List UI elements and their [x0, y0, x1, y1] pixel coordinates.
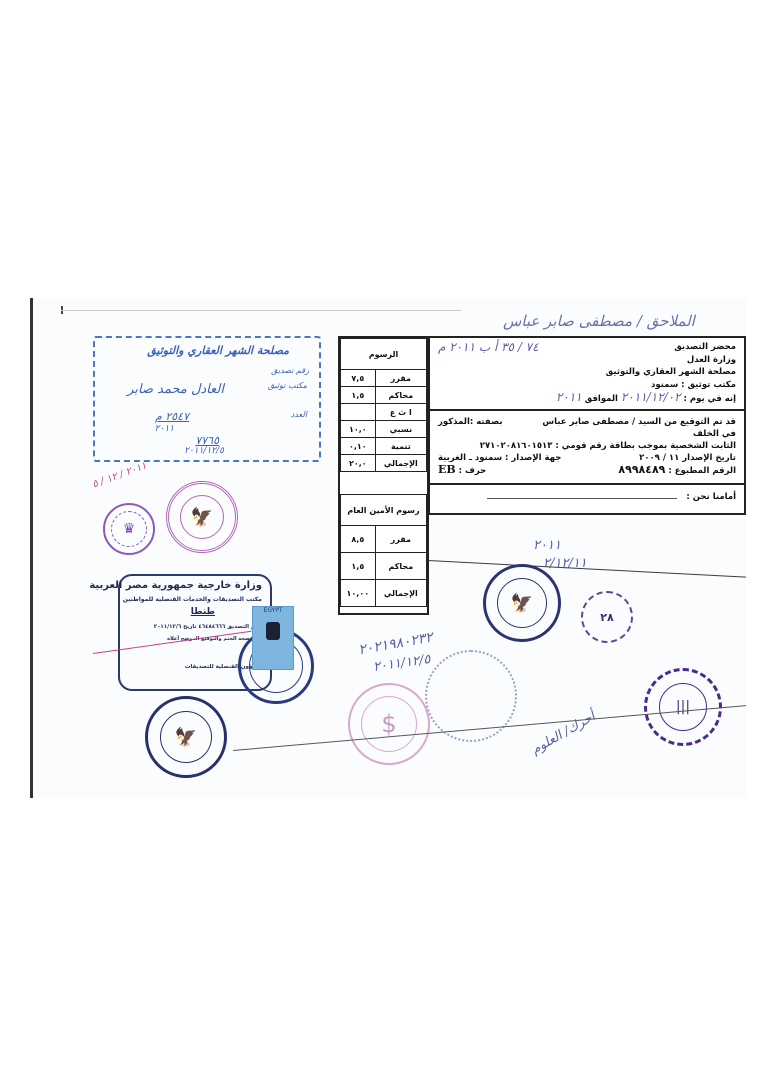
- authority-name: مصلحة الشهر العقاري والتوثيق: [438, 366, 736, 379]
- ministry-stamp-title: وزارة خارجية جمهورية مصر العربية: [89, 580, 262, 591]
- blue-stamp-line3: العدد: [291, 410, 307, 419]
- partial-purple-seal: ٢٨: [581, 591, 633, 643]
- office-value: سمنود: [651, 380, 678, 390]
- eagle-icon: 🦅: [497, 578, 547, 628]
- fee-value: ٠,١٠: [341, 438, 376, 455]
- date-label: إنه في يوم :: [684, 394, 736, 404]
- general-fee-row: مقرر٨,٥: [341, 526, 427, 553]
- fee-value: ٧,٥: [341, 370, 376, 387]
- bottom-eagle-seal: 🦅: [145, 696, 227, 778]
- seal-emblem-icon: ♛: [111, 511, 147, 547]
- real-estate-registry-stamp: مصلحة الشهر العقاري والتوثيق رقم تصديق م…: [93, 336, 321, 462]
- general-fee-row: الإجمالي١٠,٠٠: [341, 580, 427, 607]
- blue-stamp-receipt-date: ٢٠١١/١٢/٥: [184, 446, 224, 456]
- fee-value: ١٠,٠: [341, 421, 376, 438]
- fees-title: الرسوم: [341, 339, 427, 370]
- corresponding-label: الموافق: [585, 394, 618, 404]
- id-number: ٢٧١٠٢٠٨١٦٠١٥١٣: [480, 441, 553, 451]
- fee-label: تنمية: [375, 438, 426, 455]
- fee-value: ١٠,٠٠: [341, 580, 376, 607]
- pink-seal: $: [348, 683, 430, 765]
- blue-stamp-title: مصلحة الشهر العقاري والتوثيق: [147, 344, 289, 357]
- scan-top-line: [61, 310, 461, 311]
- fee-row: ا ث ع: [341, 404, 427, 421]
- fee-row: مقرر٧,٥: [341, 370, 427, 387]
- fee-row: تنمية٠,١٠: [341, 438, 427, 455]
- notarization-form: محضر التصديق٧٤ / ٣٥ أ ب ٢٠١١ م وزارة الع…: [428, 336, 746, 515]
- revenue-stamp: EGYPT: [252, 606, 294, 670]
- fee-label: مقرر: [375, 370, 426, 387]
- eagle-icon: 🦅: [160, 711, 212, 763]
- fee-value: ٨,٥: [341, 526, 376, 553]
- eagle-icon: [266, 622, 280, 640]
- handwritten-date-2: ٢٠١١/١٢/٥: [372, 652, 431, 675]
- fee-value: ١,٥: [341, 553, 376, 580]
- handwritten-bottom-right: أحرك/ العلوم: [529, 709, 598, 757]
- blue-stamp-line1: رقم تصديق: [271, 366, 309, 375]
- seal-text-icon: |||: [659, 683, 707, 731]
- capacity-value: المذكور: [438, 417, 470, 427]
- fee-label: محاكم: [375, 387, 426, 404]
- ministry-stamp-subtitle: مكتب التصديقات والخدمات القنصلية للمواطن…: [123, 596, 262, 603]
- fee-label: محاكم: [375, 553, 426, 580]
- letter-value: EB: [438, 463, 456, 476]
- blue-stamp-handwritten-name: العادل محمد صابر: [127, 382, 224, 397]
- blue-stamp-year: ٢٠١١: [155, 424, 174, 434]
- dollar-emblem-icon: $: [361, 696, 417, 752]
- fee-label: ا ث ع: [375, 404, 426, 421]
- form-identity-section: قد تم التوقيع من السيد / مصطفى صابر عباس…: [430, 413, 744, 485]
- form-title: محضر التصديق: [674, 341, 736, 354]
- printed-no-value: ٨٩٩٨٤٨٩: [618, 463, 665, 476]
- handwritten-year-mid: ٢٠١١: [533, 538, 561, 553]
- corresponding-value: ٢٠١١: [556, 390, 582, 404]
- fee-label: مقرر: [375, 526, 426, 553]
- eagle-icon: 🦅: [180, 495, 224, 539]
- fee-label: الإجمالي: [375, 580, 426, 607]
- before-us-label: أمامنا نحن :: [686, 492, 736, 502]
- printed-no-label: الرقم المطبوع :: [668, 466, 736, 476]
- pen-stroke: [428, 560, 746, 578]
- fee-value: ٢٠,٠: [341, 455, 376, 472]
- office-label: مكتب توثيق :: [681, 380, 736, 390]
- fee-value: ١,٥: [341, 387, 376, 404]
- fee-label: نسبي: [375, 421, 426, 438]
- navy-eagle-seal: 🦅: [483, 564, 561, 642]
- purple-eagle-seal: 🦅: [166, 481, 238, 553]
- issue-date-value: ١١ / ٢٠٠٩: [639, 453, 679, 463]
- scanned-document: الملاحق / مصطفى صابر عباس مصلحة الشهر ال…: [30, 298, 746, 798]
- header-handwriting: الملاحق / مصطفى صابر عباس: [503, 312, 695, 330]
- ministry-name: وزارة العدل: [438, 354, 736, 367]
- blue-stamp-line2: مكتب توثيق: [268, 381, 307, 390]
- fee-row: الإجمالي٢٠,٠: [341, 455, 427, 472]
- ministry-stamp-line1: رقم التصديق ٤٦٤٨٤٦٦٦ تاريخ ٢٠١١/١٢/٦: [154, 624, 262, 630]
- fee-value: [341, 404, 376, 421]
- form-header-section: محضر التصديق٧٤ / ٣٥ أ ب ٢٠١١ م وزارة الع…: [430, 338, 744, 411]
- general-fees-title: رسوم الأمين العام: [341, 495, 427, 526]
- id-label: الثابت الشخصية بموجب بطاقة رقم قومي :: [555, 441, 736, 451]
- witness-signature: [487, 498, 677, 499]
- date-value: ٢٠١١/١٢/٠٢: [621, 390, 681, 404]
- purple-round-seal: |||: [644, 668, 722, 746]
- revenue-stamp-label: EGYPT: [263, 607, 282, 614]
- fee-row: نسبي١٠,٠: [341, 421, 427, 438]
- signature-line: قد تم التوقيع من السيد / مصطفى صابر عباس: [542, 416, 736, 428]
- form-witness-section: أمامنا نحن :: [430, 487, 744, 513]
- fee-row: محاكم١,٥: [341, 387, 427, 404]
- letter-label: حرف :: [459, 466, 487, 476]
- handwritten-left-date: ٢٠١١ / ١٢ / ٥: [91, 461, 148, 491]
- blue-stamp-handwritten-number: ٢٥٤٧ م: [155, 410, 189, 423]
- on-back-note: في الخلف: [438, 428, 736, 440]
- general-fee-row: محاكم١,٥: [341, 553, 427, 580]
- capacity-label: بصفته :: [470, 417, 503, 427]
- issue-place-value: سمنود ـ الغربية: [438, 453, 502, 463]
- issue-date-label: تاريخ الإصدار: [682, 453, 736, 463]
- purple-seal-small: ♛: [103, 503, 155, 555]
- issue-place-label: جهة الإصدار :: [505, 453, 561, 463]
- handwritten-ref: ٧٤ / ٣٥ أ ب ٢٠١١ م: [438, 341, 539, 354]
- fee-label: الإجمالي: [375, 455, 426, 472]
- fees-table: الرسوم مقرر٧,٥ محاكم١,٥ ا ث ع نسبي١٠,٠ ت…: [338, 336, 429, 615]
- ministry-stamp-city: طنطا: [191, 607, 215, 617]
